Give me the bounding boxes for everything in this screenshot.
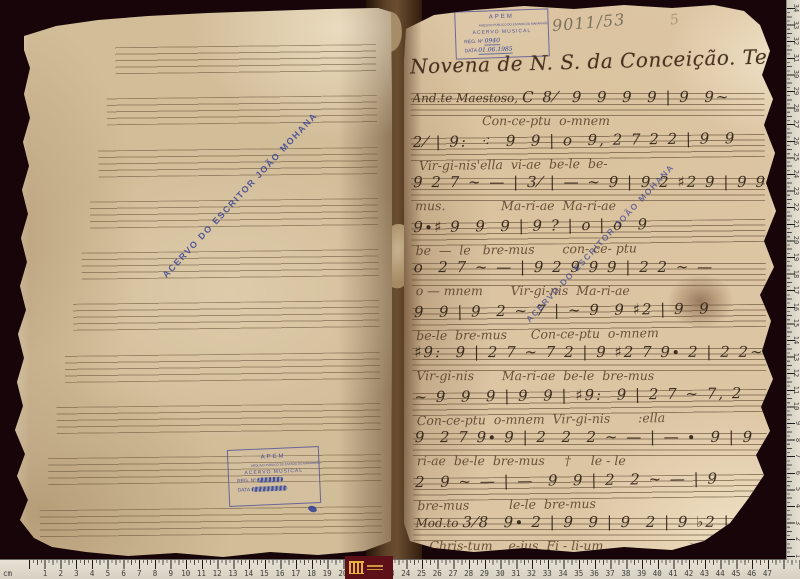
- ruler-number: 37: [606, 569, 615, 578]
- ruler-number: 24: [792, 170, 800, 178]
- ruler-number: 9: [168, 569, 173, 578]
- left-page: ACERVO DO ESCRITOR JOÃO MOHANA APEM ARQU…: [8, 6, 392, 557]
- ruler-number: 26: [433, 569, 442, 578]
- vertical-ruler: 3433323130292827262524232221201918171615…: [786, 0, 800, 560]
- ruler-number: 15: [792, 319, 800, 327]
- ruler-number: 5: [794, 487, 800, 491]
- ruler-number: 27: [792, 120, 800, 128]
- notes-ink: 2 9 ~ — | — 9 9 | 2 2 ~ — | 9: [415, 469, 719, 491]
- notes-ink: 9 2 7 ~ — | 3⁄ | — ~ 9 | 9 2 ♯2 9 | 9 9,…: [413, 173, 767, 191]
- ruler-number: 5: [106, 569, 111, 578]
- ruler-number: 47: [763, 569, 772, 578]
- notes-row: 9 2 7 ~ — | 3⁄ | — ~ 9 | 9 2 ♯2 9 | 9 9,…: [413, 169, 767, 195]
- ruler-number: 8: [153, 569, 158, 578]
- ruler-number: 33: [792, 20, 800, 28]
- ruler-number: 22: [792, 203, 800, 211]
- ruler-number: 26: [792, 137, 800, 145]
- ruler-number: 7: [794, 454, 800, 458]
- tempo-marking: And.te Maestoso,: [413, 91, 519, 105]
- ruler-number: 43: [700, 569, 709, 578]
- archive-logo: [345, 556, 393, 579]
- notes-ink: ♯9: 9 | 2 7 ~ 7 2 | 9 ♯2 7 9∙ 2 | 2 2~: [414, 343, 764, 361]
- ruler-number: 29: [480, 569, 489, 578]
- stamp-reg-label: REG. Nº: [237, 478, 256, 485]
- ruler-number: 12: [792, 369, 800, 377]
- ruler-number: 38: [621, 569, 630, 578]
- ruler-number: 3: [74, 569, 79, 578]
- ruler-number: 10: [181, 569, 190, 578]
- notes-ink: 2⁄ | 9: ⁖ 9 9 | o 9, 2 7 2 2 | 9 9: [413, 129, 737, 151]
- ruler-number: 6: [794, 471, 800, 475]
- ruler-number: 35: [574, 569, 583, 578]
- notes-row: 9∙♯ 9 9 9 | 9 ? | o | o 9: [413, 209, 767, 239]
- notes-ink: C 8⁄ 9 9 9 9 | 9 9~: [522, 88, 730, 106]
- ruler-number: 16: [276, 569, 285, 578]
- staff-lines: [48, 454, 381, 485]
- ruler-number: 45: [731, 569, 740, 578]
- ruler-number: 13: [228, 569, 237, 578]
- ruler-number: 31: [511, 569, 520, 578]
- notes-row: And.te Maestoso,C 8⁄ 9 9 9 9 | 9 9~: [412, 84, 766, 110]
- notes-ink: ~ 9 9 9 | 9 9 | ♯9: 9 | 2 7 ~ 7, 2: [414, 384, 743, 406]
- music-system: 9 2 7 9∙ 9 | 2 2 2 ~ — | — ∙ 9 | 9ri-ae …: [413, 427, 769, 470]
- ruler-number: 29: [792, 87, 800, 95]
- ruler-number: 17: [792, 286, 800, 294]
- ruler-number: 10: [792, 402, 800, 410]
- ruler-number: 13: [792, 352, 800, 360]
- staff-lines: [40, 506, 382, 537]
- notes-ink: 9 9 | 9 2 ~ 7 | ~ 9 9 ♯2 | 9 9: [414, 299, 711, 321]
- ruler-unit-label: cm: [3, 569, 12, 578]
- notes-row: ♯9: 9 | 2 7 ~ 7 2 | 9 ♯2 7 9∙ 2 | 2 2~: [414, 339, 768, 365]
- tempo-marking: Mod.to: [415, 516, 458, 530]
- ruler-number: 4: [90, 569, 95, 578]
- music-systems: And.te Maestoso,C 8⁄ 9 9 9 9 | 9 9~ Con-…: [410, 86, 769, 556]
- ruler-number: 4: [794, 504, 800, 508]
- music-system: And.te Maestoso,C 8⁄ 9 9 9 9 | 9 9~ Con-…: [410, 87, 766, 130]
- ruler-number: 21: [792, 220, 800, 228]
- music-system: 9 2 7 ~ — | 3⁄ | — ~ 9 | 9 2 ♯2 9 | 9 9,…: [411, 172, 767, 215]
- notes-row: 9 2 7 9∙ 9 | 2 2 2 ~ — | — ∙ 9 | 9: [415, 424, 769, 450]
- ruler-number: 14: [244, 569, 253, 578]
- ruler-ticks-cm: [29, 560, 800, 569]
- ruler-number: 31: [792, 54, 800, 62]
- staff-lines: [56, 403, 380, 434]
- ruler-number: 32: [527, 569, 536, 578]
- staff-lines: [115, 44, 376, 74]
- ruler-number: 42: [684, 569, 693, 578]
- ruler-number: 30: [496, 569, 505, 578]
- ruler-number: 3: [794, 520, 800, 524]
- notes-ink: 3⁄8 9∙ 2 | 9 9 | 9 2 | 9 ♭2 | 9 7: [463, 513, 768, 531]
- ruler-number: 15: [260, 569, 269, 578]
- notes-row: ~ 9 9 9 | 9 9 | ♯9: 9 | 2 7 ~ 7, 2: [414, 379, 768, 409]
- notes-row: 2⁄ | 9: ⁖ 9 9 | o 9, 2 7 2 2 | 9 9: [413, 124, 767, 154]
- music-system: Mod.to3⁄8 9∙ 2 | 9 9 | 9 2 | 9 ♭2 | 9 7 …: [413, 512, 769, 555]
- ruler-number: 6: [121, 569, 126, 578]
- ruler-number: 19: [323, 569, 332, 578]
- lyrics-row: Chris-tum e-jus Fi - li-um: [417, 538, 769, 554]
- ruler-number: 1: [43, 569, 48, 578]
- corner-pencil-mark: 5: [669, 11, 680, 28]
- staff-lines: [107, 95, 377, 125]
- ruler-number: 24: [401, 569, 410, 578]
- ruler-number: 28: [464, 569, 473, 578]
- ruler-number: 34: [792, 4, 800, 12]
- ruler-number: 40: [653, 569, 662, 578]
- ruler-number: 16: [792, 303, 800, 311]
- ruler-number: 41: [669, 569, 678, 578]
- music-system: 2 9 ~ — | — 9 9 | 2 2 ~ — | 9bre-mus le-…: [413, 467, 769, 514]
- music-system: 2⁄ | 9: ⁖ 9 9 | o 9, 2 7 2 2 | 9 9 Vir-g…: [411, 127, 767, 174]
- notes-row: 2 9 ~ — | — 9 9 | 2 2 ~ — | 9: [415, 464, 769, 494]
- stamp-reg-value: 0940: [485, 37, 501, 46]
- ruler-number: 8: [794, 437, 800, 441]
- ruler-number: 12: [213, 569, 222, 578]
- staff-lines: [65, 352, 380, 383]
- ruler-number: 33: [543, 569, 552, 578]
- left-page-staves: [8, 44, 388, 561]
- notes-row: 9 9 | 9 2 ~ 7 | ~ 9 9 ♯2 | 9 9: [414, 294, 768, 324]
- ruler-number: 7: [137, 569, 142, 578]
- ruler-number: 46: [747, 569, 756, 578]
- music-system: 9 9 | 9 2 ~ 7 | ~ 9 9 ♯2 | 9 9be-le bre-…: [412, 297, 768, 344]
- ruler-number: 18: [307, 569, 316, 578]
- ruler-number: 2: [58, 569, 63, 578]
- ruler-number: 25: [792, 153, 800, 161]
- ruler-number: 2: [794, 537, 800, 541]
- ruler-number: 1: [794, 554, 800, 558]
- ruler-number: 34: [558, 569, 567, 578]
- ruler-number: 14: [792, 336, 800, 344]
- ruler-number: 36: [590, 569, 599, 578]
- staff-lines: [82, 249, 379, 280]
- ruler-number: 23: [792, 186, 800, 194]
- stamp-reg-label: REG. Nº: [464, 39, 483, 46]
- ruler-number: 17: [291, 569, 300, 578]
- ruler-number: 28: [792, 103, 800, 111]
- ruler-number: 25: [417, 569, 426, 578]
- ruler-number: 18: [792, 269, 800, 277]
- manuscript-photo-scene: ACERVO DO ESCRITOR JOÃO MOHANA APEM ARQU…: [0, 0, 800, 579]
- staff-lines: [98, 147, 377, 177]
- ruler-number: 11: [792, 386, 800, 394]
- archive-building-icon: [349, 561, 364, 574]
- music-system: ~ 9 9 9 | 9 9 | ♯9: 9 | 2 7 ~ 7, 2Con-ce…: [412, 382, 768, 429]
- ruler-number: 44: [716, 569, 725, 578]
- ruler-number: 11: [197, 569, 206, 578]
- ruler-number: 20: [792, 236, 800, 244]
- ruler-number: 32: [792, 37, 800, 45]
- notes-ink: 9 2 7 9∙ 9 | 2 2 2 ~ — | — ∙ 9 | 9: [415, 428, 754, 446]
- catalog-number-pencil: 9011/53: [551, 10, 626, 35]
- ruler-number: 39: [637, 569, 646, 578]
- horizontal-ruler: cm 1234567891011121314151617181920212223…: [0, 559, 800, 579]
- archive-stamp-left: APEM ARQUIVO PÚBLICO DO ESTADO DO MARANH…: [227, 446, 321, 507]
- stamp-archive-name: ARQUIVO PÚBLICO DO ESTADO DO MARANHÃO: [479, 23, 525, 28]
- music-system: ♯9: 9 | 2 7 ~ 7 2 | 9 ♯2 7 9∙ 2 | 2 2~Vi…: [412, 342, 768, 385]
- archive-logo-text: [367, 565, 383, 570]
- stamp-date-label: DATA: [237, 487, 250, 494]
- handwritten-scribble: [251, 486, 287, 493]
- ruler-number: 19: [792, 253, 800, 261]
- right-page: APEM ARQUIVO PÚBLICO DO ESTADO DO MARANH…: [404, 3, 784, 555]
- ruler-number: 27: [448, 569, 457, 578]
- ruler-number: 30: [792, 70, 800, 78]
- ruler-number: 9: [794, 421, 800, 425]
- music-system: o 2 7 ~ — | 9 2 9 9 9 | 2 2 ~ —o — mnem …: [412, 257, 768, 300]
- staff-lines: [73, 301, 379, 332]
- handwritten-scribble: [257, 477, 283, 483]
